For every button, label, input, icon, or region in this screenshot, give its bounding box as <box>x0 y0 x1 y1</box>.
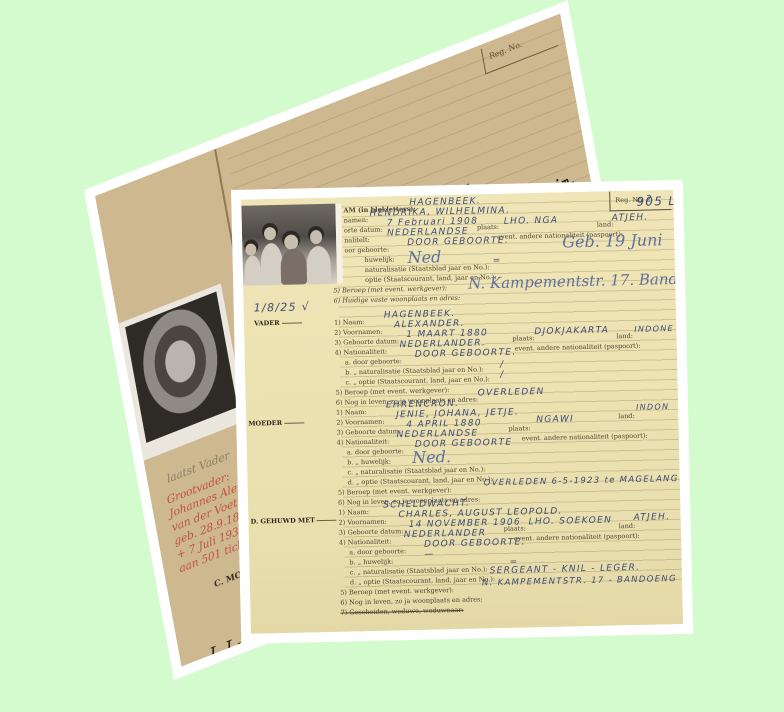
portrait-photo <box>119 283 247 460</box>
gehuwd-met-label: D. GEHUWD MET <box>250 516 337 526</box>
portrait-image <box>125 291 237 442</box>
side-note: Geb. 19 Juni <box>562 230 663 251</box>
signature: J. J. <box>208 635 239 666</box>
left-pen-note: 1/8/25 √ <box>254 300 311 314</box>
vader-label: VADER <box>254 318 302 327</box>
family-photo <box>241 204 343 286</box>
front-registration-card: Reg. No. 2 AM (in blokletters): HAGENBEE… <box>231 180 693 644</box>
moeder-label: MOEDER <box>248 418 304 427</box>
top-right-note: 905 L <box>636 194 676 209</box>
front-card-paper: Reg. No. 2 AM (in blokletters): HAGENBEE… <box>241 190 683 634</box>
